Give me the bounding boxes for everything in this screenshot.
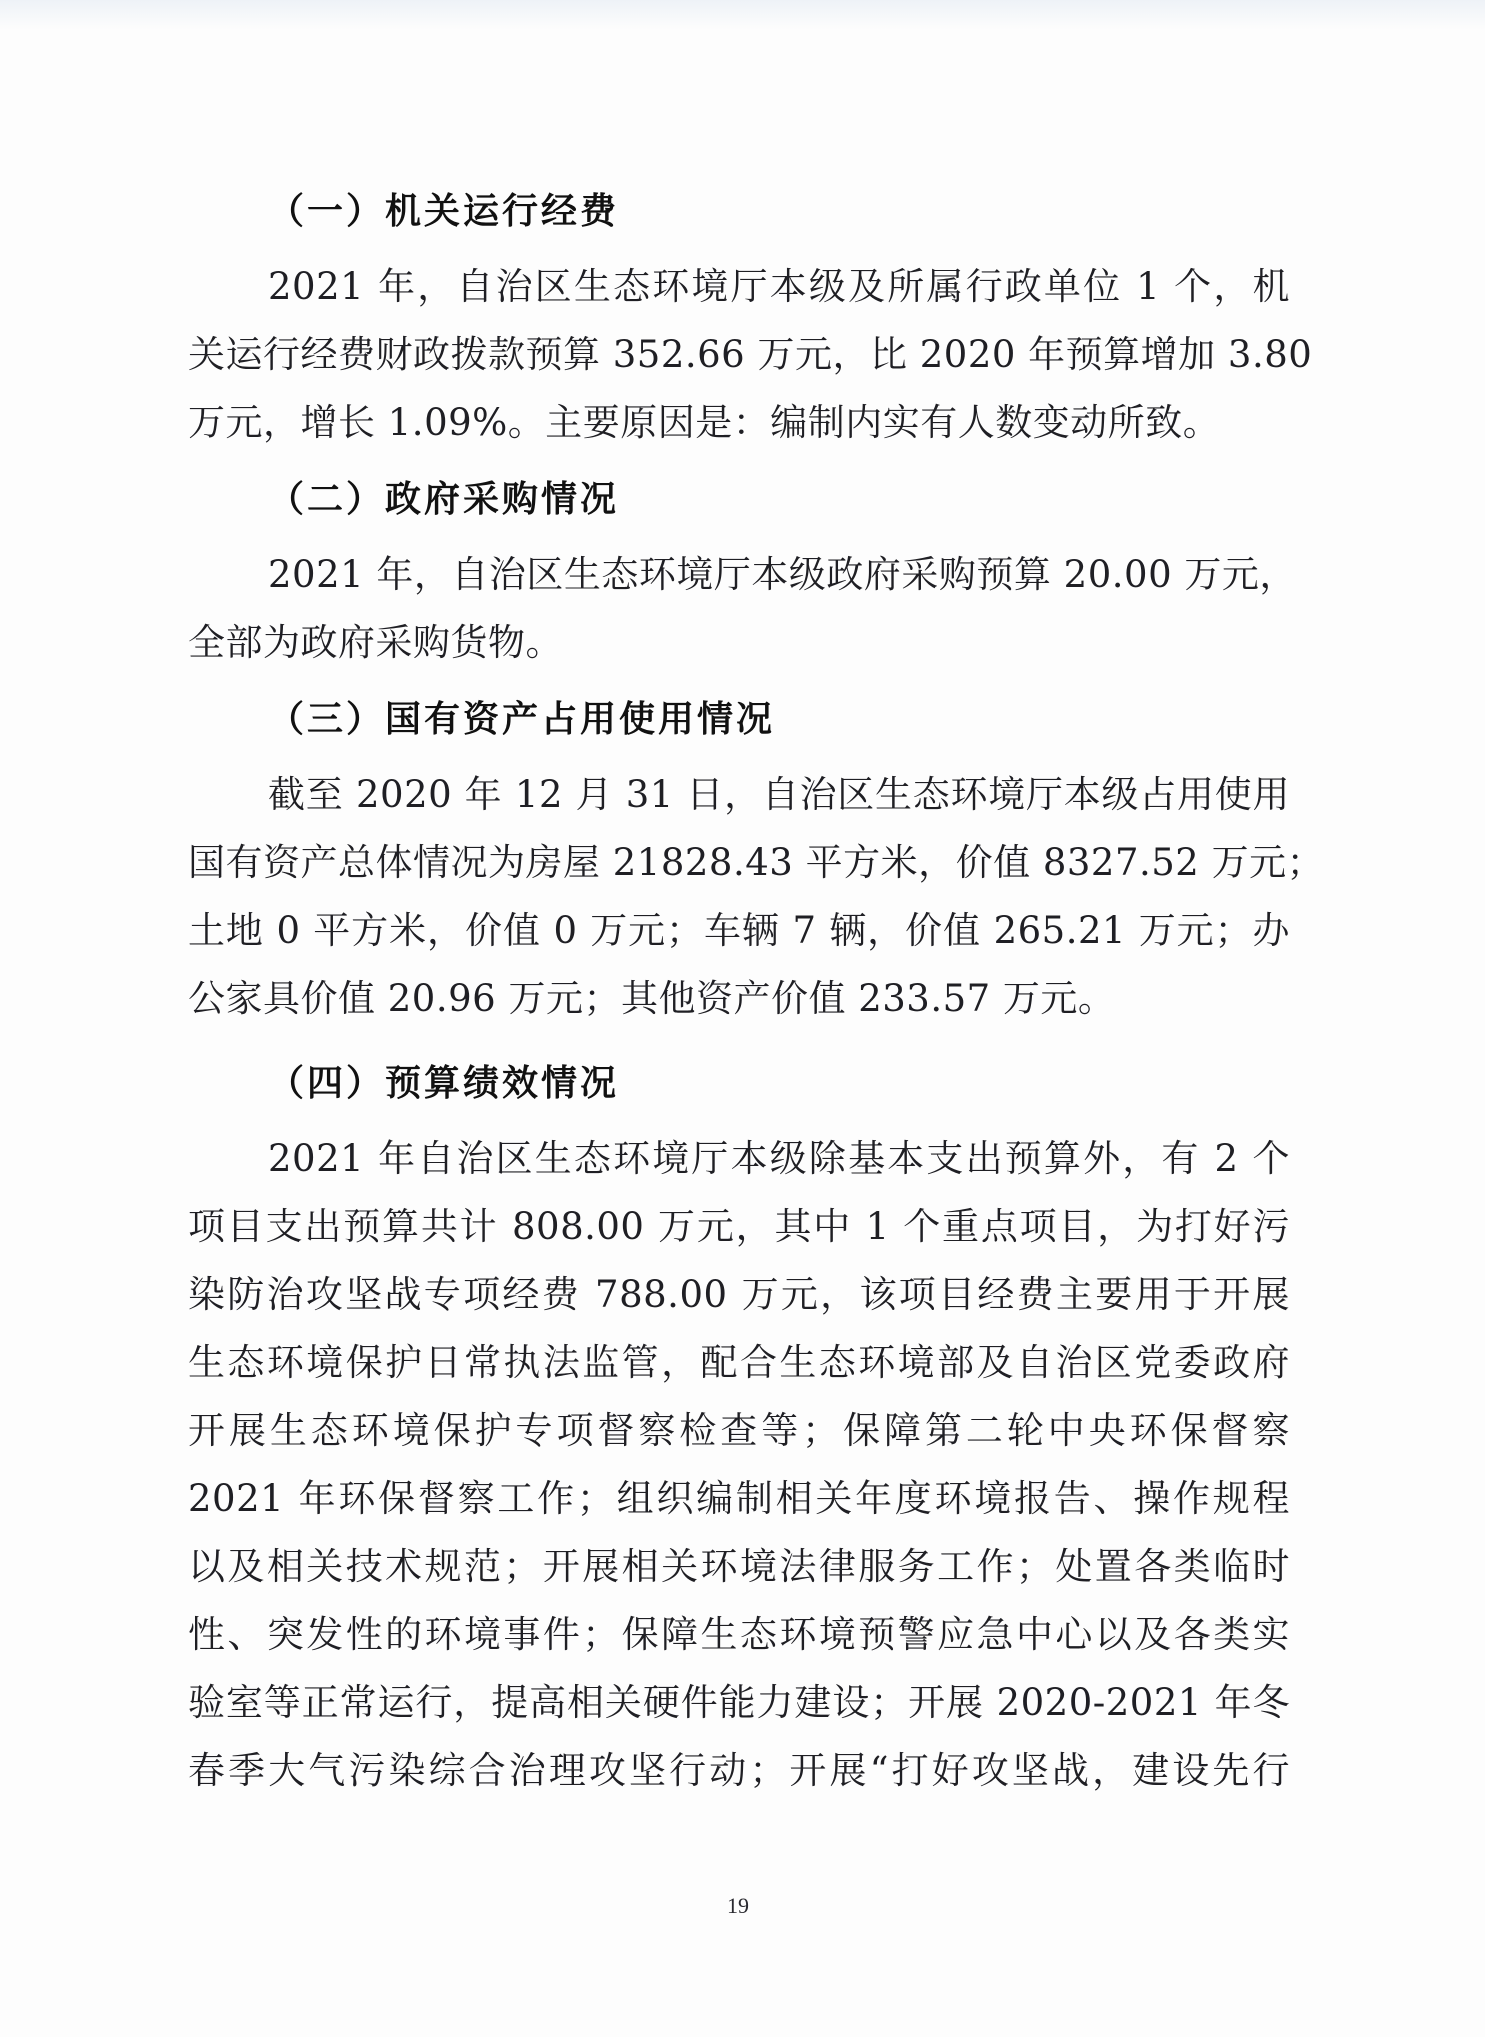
paragraph-line: 公家具价值 20.96 万元；其他资产价值 233.57 万元。 xyxy=(188,974,1290,1024)
paragraph-line: 以及相关技术规范；开展相关环境法律服务工作；处置各类临时 xyxy=(188,1542,1290,1592)
paragraph-line: 关运行经费财政拨款预算 352.66 万元，比 2020 年预算增加 3.80 xyxy=(188,330,1290,380)
section-heading-state-assets: （三）国有资产占用使用情况 xyxy=(268,694,775,746)
paragraph-line: 土地 0 平方米，价值 0 万元；车辆 7 辆，价值 265.21 万元；办 xyxy=(188,906,1290,956)
paragraph-line: 2021 年自治区生态环境厅本级除基本支出预算外，有 2 个 xyxy=(268,1134,1290,1184)
page-number: 19 xyxy=(727,1893,749,1919)
paragraph-line: 性、突发性的环境事件；保障生态环境预警应急中心以及各类实 xyxy=(188,1610,1290,1660)
paragraph-line: 染防治攻坚战专项经费 788.00 万元，该项目经费主要用于开展 xyxy=(188,1270,1290,1320)
paragraph-line: 2021 年环保督察工作；组织编制相关年度环境报告、操作规程 xyxy=(188,1474,1290,1524)
paragraph-line: 开展生态环境保护专项督察检查等；保障第二轮中央环保督察 xyxy=(188,1406,1290,1456)
paragraph-line: 验室等正常运行，提高相关硬件能力建设；开展 2020-2021 年冬 xyxy=(188,1678,1290,1728)
paragraph-line: 全部为政府采购货物。 xyxy=(188,618,1290,668)
paragraph-line: 截至 2020 年 12 月 31 日，自治区生态环境厅本级占用使用 xyxy=(268,770,1290,820)
document-page: （一）机关运行经费 2021 年，自治区生态环境厅本级及所属行政单位 1 个，机… xyxy=(0,0,1485,2037)
section-heading-government-procurement: （二）政府采购情况 xyxy=(268,474,619,526)
paragraph-line: 国有资产总体情况为房屋 21828.43 平方米，价值 8327.52 万元； xyxy=(188,838,1290,888)
paragraph-line: 2021 年，自治区生态环境厅本级政府采购预算 20.00 万元， xyxy=(268,550,1290,600)
paragraph-line: 项目支出预算共计 808.00 万元，其中 1 个重点项目，为打好污 xyxy=(188,1202,1290,1252)
scan-edge-artifact xyxy=(0,0,1485,30)
paragraph-line: 万元，增长 1.09%。主要原因是：编制内实有人数变动所致。 xyxy=(188,398,1290,448)
paragraph-line: 生态环境保护日常执法监管，配合生态环境部及自治区党委政府 xyxy=(188,1338,1290,1388)
section-heading-operating-expenses: （一）机关运行经费 xyxy=(268,186,619,238)
paragraph-line: 春季大气污染综合治理攻坚行动；开展“打好攻坚战，建设先行 xyxy=(188,1746,1290,1796)
paragraph-line: 2021 年，自治区生态环境厅本级及所属行政单位 1 个，机 xyxy=(268,262,1290,312)
section-heading-budget-performance: （四）预算绩效情况 xyxy=(268,1058,619,1110)
